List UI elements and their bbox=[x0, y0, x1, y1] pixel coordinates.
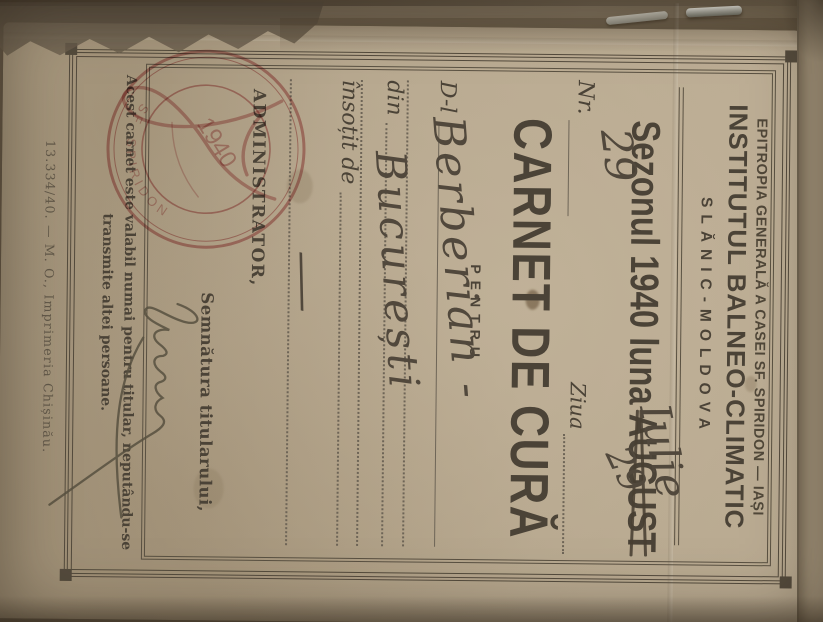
fold-shadow bbox=[280, 18, 823, 52]
nr-label: Nr. bbox=[572, 80, 597, 115]
corner-shadow bbox=[763, 0, 823, 90]
page-behind-edge bbox=[797, 0, 823, 622]
carnet-title: CARNET DE CURĂ bbox=[496, 71, 563, 558]
insotit-label: însoțit de bbox=[336, 79, 359, 184]
carnet-card: EPITROPIA GENERALĂ A CASEI SF. SPIRIDON … bbox=[0, 0, 823, 622]
handwritten-nr-value: 29 bbox=[590, 125, 645, 184]
border-corner-ornament bbox=[59, 568, 71, 580]
red-ink-scrawl bbox=[68, 54, 300, 256]
border-corner-ornament bbox=[779, 576, 791, 588]
din-label: din bbox=[382, 80, 404, 116]
handwritten-dash: — bbox=[280, 247, 327, 314]
header-institution: INSTITUTUL BALNEO-CLIMATIC bbox=[717, 73, 753, 559]
ziua-label: Ziua bbox=[565, 382, 589, 430]
dl-label: D-l bbox=[435, 80, 457, 113]
bottom-shadow bbox=[0, 596, 823, 622]
holder-signature-scrawl bbox=[34, 280, 207, 562]
photographed-document: EPITROPIA GENERALĂ A CASEI SF. SPIRIDON … bbox=[0, 0, 823, 622]
rule-line bbox=[336, 192, 342, 545]
companion-row: însoțit de bbox=[333, 79, 360, 545]
